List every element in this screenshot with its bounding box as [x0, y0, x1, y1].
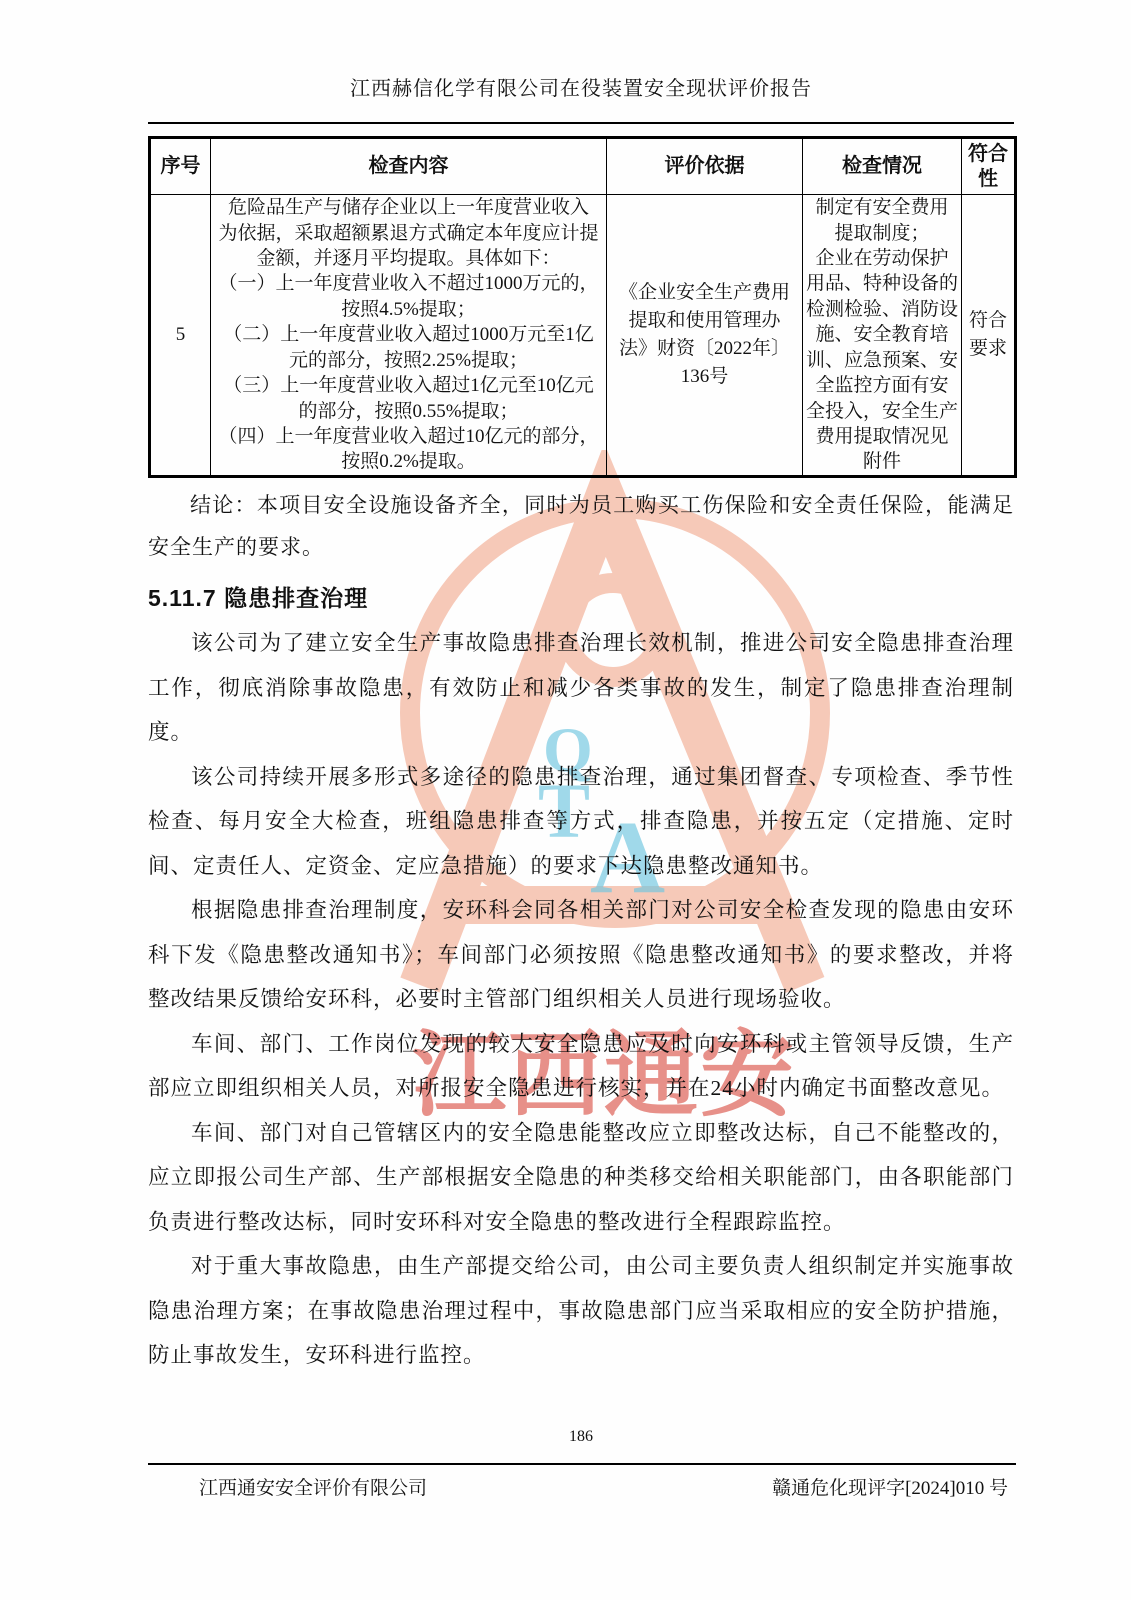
cell-compliance: 符合 要求	[962, 195, 1016, 477]
table-row: 5 危险品生产与储存企业以上一年度营业收入 为依据，采取超额累退方式确定本年度应…	[150, 195, 1016, 477]
page-content: 江西赫信化学有限公司在役装置安全现状评价报告 序号 检查内容 评价依据 检查情况…	[0, 0, 1131, 1378]
page-number: 186	[148, 1428, 1014, 1446]
footer-rule	[148, 1463, 1016, 1465]
body-paragraph-4: 车间、部门、工作岗位发现的较大安全隐患应及时向安环科或主管领导反馈，生产部应立即…	[148, 1022, 1014, 1111]
inspection-table: 序号 检查内容 评价依据 检查情况 符合性 5 危险品生产与储存企业以上一年度营…	[148, 136, 1017, 478]
page-header-title: 江西赫信化学有限公司在役装置安全现状评价报告	[148, 0, 1014, 101]
header-cell-compliance: 符合性	[962, 138, 1016, 195]
cell-evaluation-basis: 《企业安全生产费用 提取和使用管理办 法》财资〔2022年〕 136号	[607, 195, 803, 477]
body-paragraph-1: 该公司为了建立安全生产事故隐患排查治理长效机制，推进公司安全隐患排查治理工作，彻…	[148, 621, 1014, 755]
footer-document-number: 赣通危化现评字[2024]010 号	[772, 1473, 1008, 1500]
body-paragraph-3: 根据隐患排查治理制度，安环科会同各相关部门对公司安全检查发现的隐患由安环科下发《…	[148, 888, 1014, 1022]
header-cell-content: 检查内容	[211, 138, 607, 195]
body-paragraph-5: 车间、部门对自己管辖区内的安全隐患能整改应立即整改达标，自己不能整改的，应立即报…	[148, 1111, 1014, 1245]
conclusion-paragraph: 结论：本项目安全设施设备齐全，同时为员工购买工伤保险和安全责任保险，能满足安全生…	[148, 484, 1014, 568]
cell-inspection-content: 危险品生产与储存企业以上一年度营业收入 为依据，采取超额累退方式确定本年度应计提…	[211, 195, 607, 477]
header-cell-basis: 评价依据	[607, 138, 803, 195]
header-rule	[148, 122, 1014, 124]
body-paragraph-6: 对于重大事故隐患，由生产部提交给公司，由公司主要负责人组织制定并实施事故隐患治理…	[148, 1244, 1014, 1378]
cell-inspection-status: 制定有安全费用 提取制度； 企业在劳动保护 用品、特种设备的 检测检验、消防设 …	[803, 195, 962, 477]
section-heading: 5.11.7 隐患排查治理	[148, 580, 1014, 613]
cell-serial-number: 5	[150, 195, 211, 477]
table-header-row: 序号 检查内容 评价依据 检查情况 符合性	[150, 138, 1016, 195]
header-cell-serial: 序号	[150, 138, 211, 195]
header-cell-status: 检查情况	[803, 138, 962, 195]
body-paragraph-2: 该公司持续开展多形式多途径的隐患排查治理，通过集团督查、专项检查、季节性检查、每…	[148, 755, 1014, 889]
footer-company-name: 江西通安安全评价有限公司	[199, 1473, 427, 1500]
document-page: Q T A 江西通安 江西赫信化学有限公司在役装置安全现状评价报告 序号 检查内…	[0, 0, 1131, 1600]
